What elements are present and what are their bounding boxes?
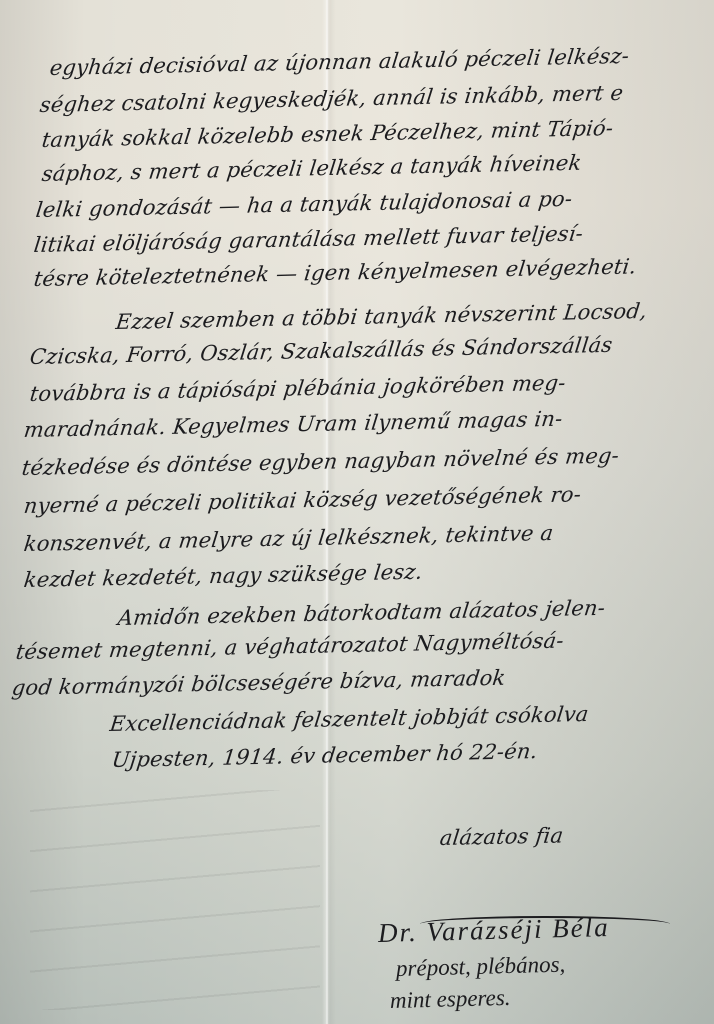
letter-line: tésre köteleztetnének — igen kényelmesen… — [33, 254, 638, 291]
letter-line: sáphoz, s mert a péczeli lelkész a tanyá… — [41, 151, 583, 186]
signature-title-2: mint esperes. — [390, 985, 511, 1014]
letter-line: Czicska, Forró, Oszlár, Szakalszállás és… — [29, 333, 614, 369]
letter-line: továbbra is a tápiósápi plébánia jogköré… — [29, 371, 568, 406]
letter-line: litikai elöljáróság garantálása mellett … — [33, 221, 585, 257]
signature-title-1: prépost, plébános, — [396, 952, 566, 982]
letter-line: egyházi decisióval az újonnan alakuló pé… — [49, 44, 631, 80]
letter-line: nyerné a péczeli politikai község vezető… — [23, 482, 583, 518]
letter-line: séghez csatolni kegyeskedjék, annál is i… — [39, 81, 625, 117]
letter-line: konszenvét, a melyre az új lelkésznek, t… — [23, 521, 555, 556]
letter-line: Excellenciádnak felszentelt jobbját csók… — [109, 702, 590, 736]
letter-line: tésemet megtenni, a véghatározatot Nagym… — [15, 628, 566, 664]
letter-line: lelki gondozását — ha a tanyák tulajdono… — [35, 187, 574, 222]
letter-line: tézkedése és döntése egyben nagyban növe… — [21, 443, 621, 480]
letter-line: kezdet kezdetét, nagy szüksége lesz. — [23, 560, 424, 592]
letter-line: Amidőn ezekben bátorkodtam alázatos jele… — [117, 596, 607, 630]
letter-line: maradnának. Kegyelmes Uram ilynemű magas… — [23, 407, 564, 442]
handwritten-letter: egyházi decisióval az újonnan alakuló pé… — [0, 0, 714, 1024]
letter-line: Ujpesten, 1914. év december hó 22-én. — [111, 739, 539, 772]
closing-phrase: alázatos fia — [439, 823, 565, 850]
signature-flourish — [420, 916, 670, 932]
letter-line: god kormányzói bölcseségére bízva, marad… — [11, 666, 507, 700]
letter-line: tanyák sokkal közelebb esnek Péczelhez, … — [41, 116, 615, 152]
letter-line: Ezzel szemben a többi tanyák névszerint … — [115, 299, 649, 334]
